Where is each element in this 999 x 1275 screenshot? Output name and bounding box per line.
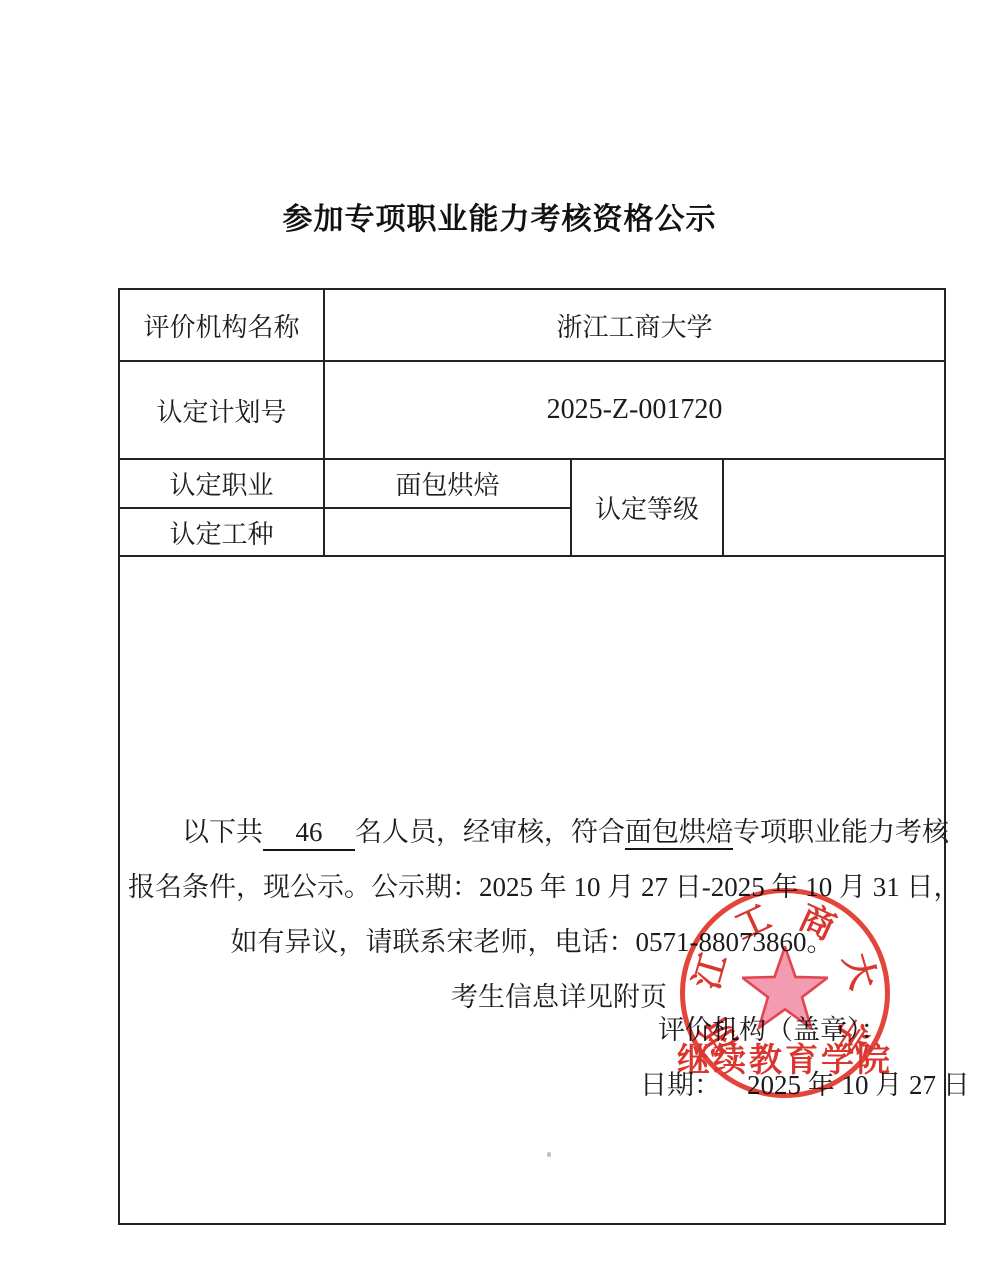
notice-line-1: 以下共46名人员，经审核，符合面包烘焙专项职业能力考核 xyxy=(128,805,936,860)
occupation-value: 面包烘焙 xyxy=(324,459,571,508)
table-row: 评价机构名称 浙江工商大学 xyxy=(119,289,945,361)
scan-speck xyxy=(547,1152,551,1157)
document-page: 参加专项职业能力考核资格公示 评价机构名称 浙江工商大学 认定计划号 2025-… xyxy=(0,0,999,1275)
table-row: 认定计划号 2025-Z-001720 xyxy=(119,361,945,459)
org-name-label: 评价机构名称 xyxy=(119,289,324,361)
star-icon xyxy=(742,946,828,1030)
worktype-value xyxy=(324,508,571,556)
occupation-underlined: 面包烘焙 xyxy=(625,817,733,850)
plan-number-label: 认定计划号 xyxy=(119,361,324,459)
stamp-inner-text: 继续教育学院 xyxy=(677,1034,893,1081)
worktype-label: 认定工种 xyxy=(119,508,324,556)
page-title: 参加专项职业能力考核资格公示 xyxy=(0,194,999,238)
level-value xyxy=(723,459,945,556)
table-row: 认定职业 面包烘焙 认定等级 xyxy=(119,459,945,508)
notice-text: 专项职业能力考核 xyxy=(733,817,949,847)
org-name-value: 浙江工商大学 xyxy=(324,289,945,361)
notice-text: 名人员，经审核，符合 xyxy=(355,817,625,847)
notice-text: 以下共 xyxy=(182,817,263,847)
occupation-label: 认定职业 xyxy=(119,459,324,508)
official-seal-stamp: 浙江工商大学 继续教育学院 xyxy=(680,888,890,1098)
level-label: 认定等级 xyxy=(571,459,723,556)
candidate-count: 46 xyxy=(263,815,355,851)
plan-number-value: 2025-Z-001720 xyxy=(324,361,945,459)
